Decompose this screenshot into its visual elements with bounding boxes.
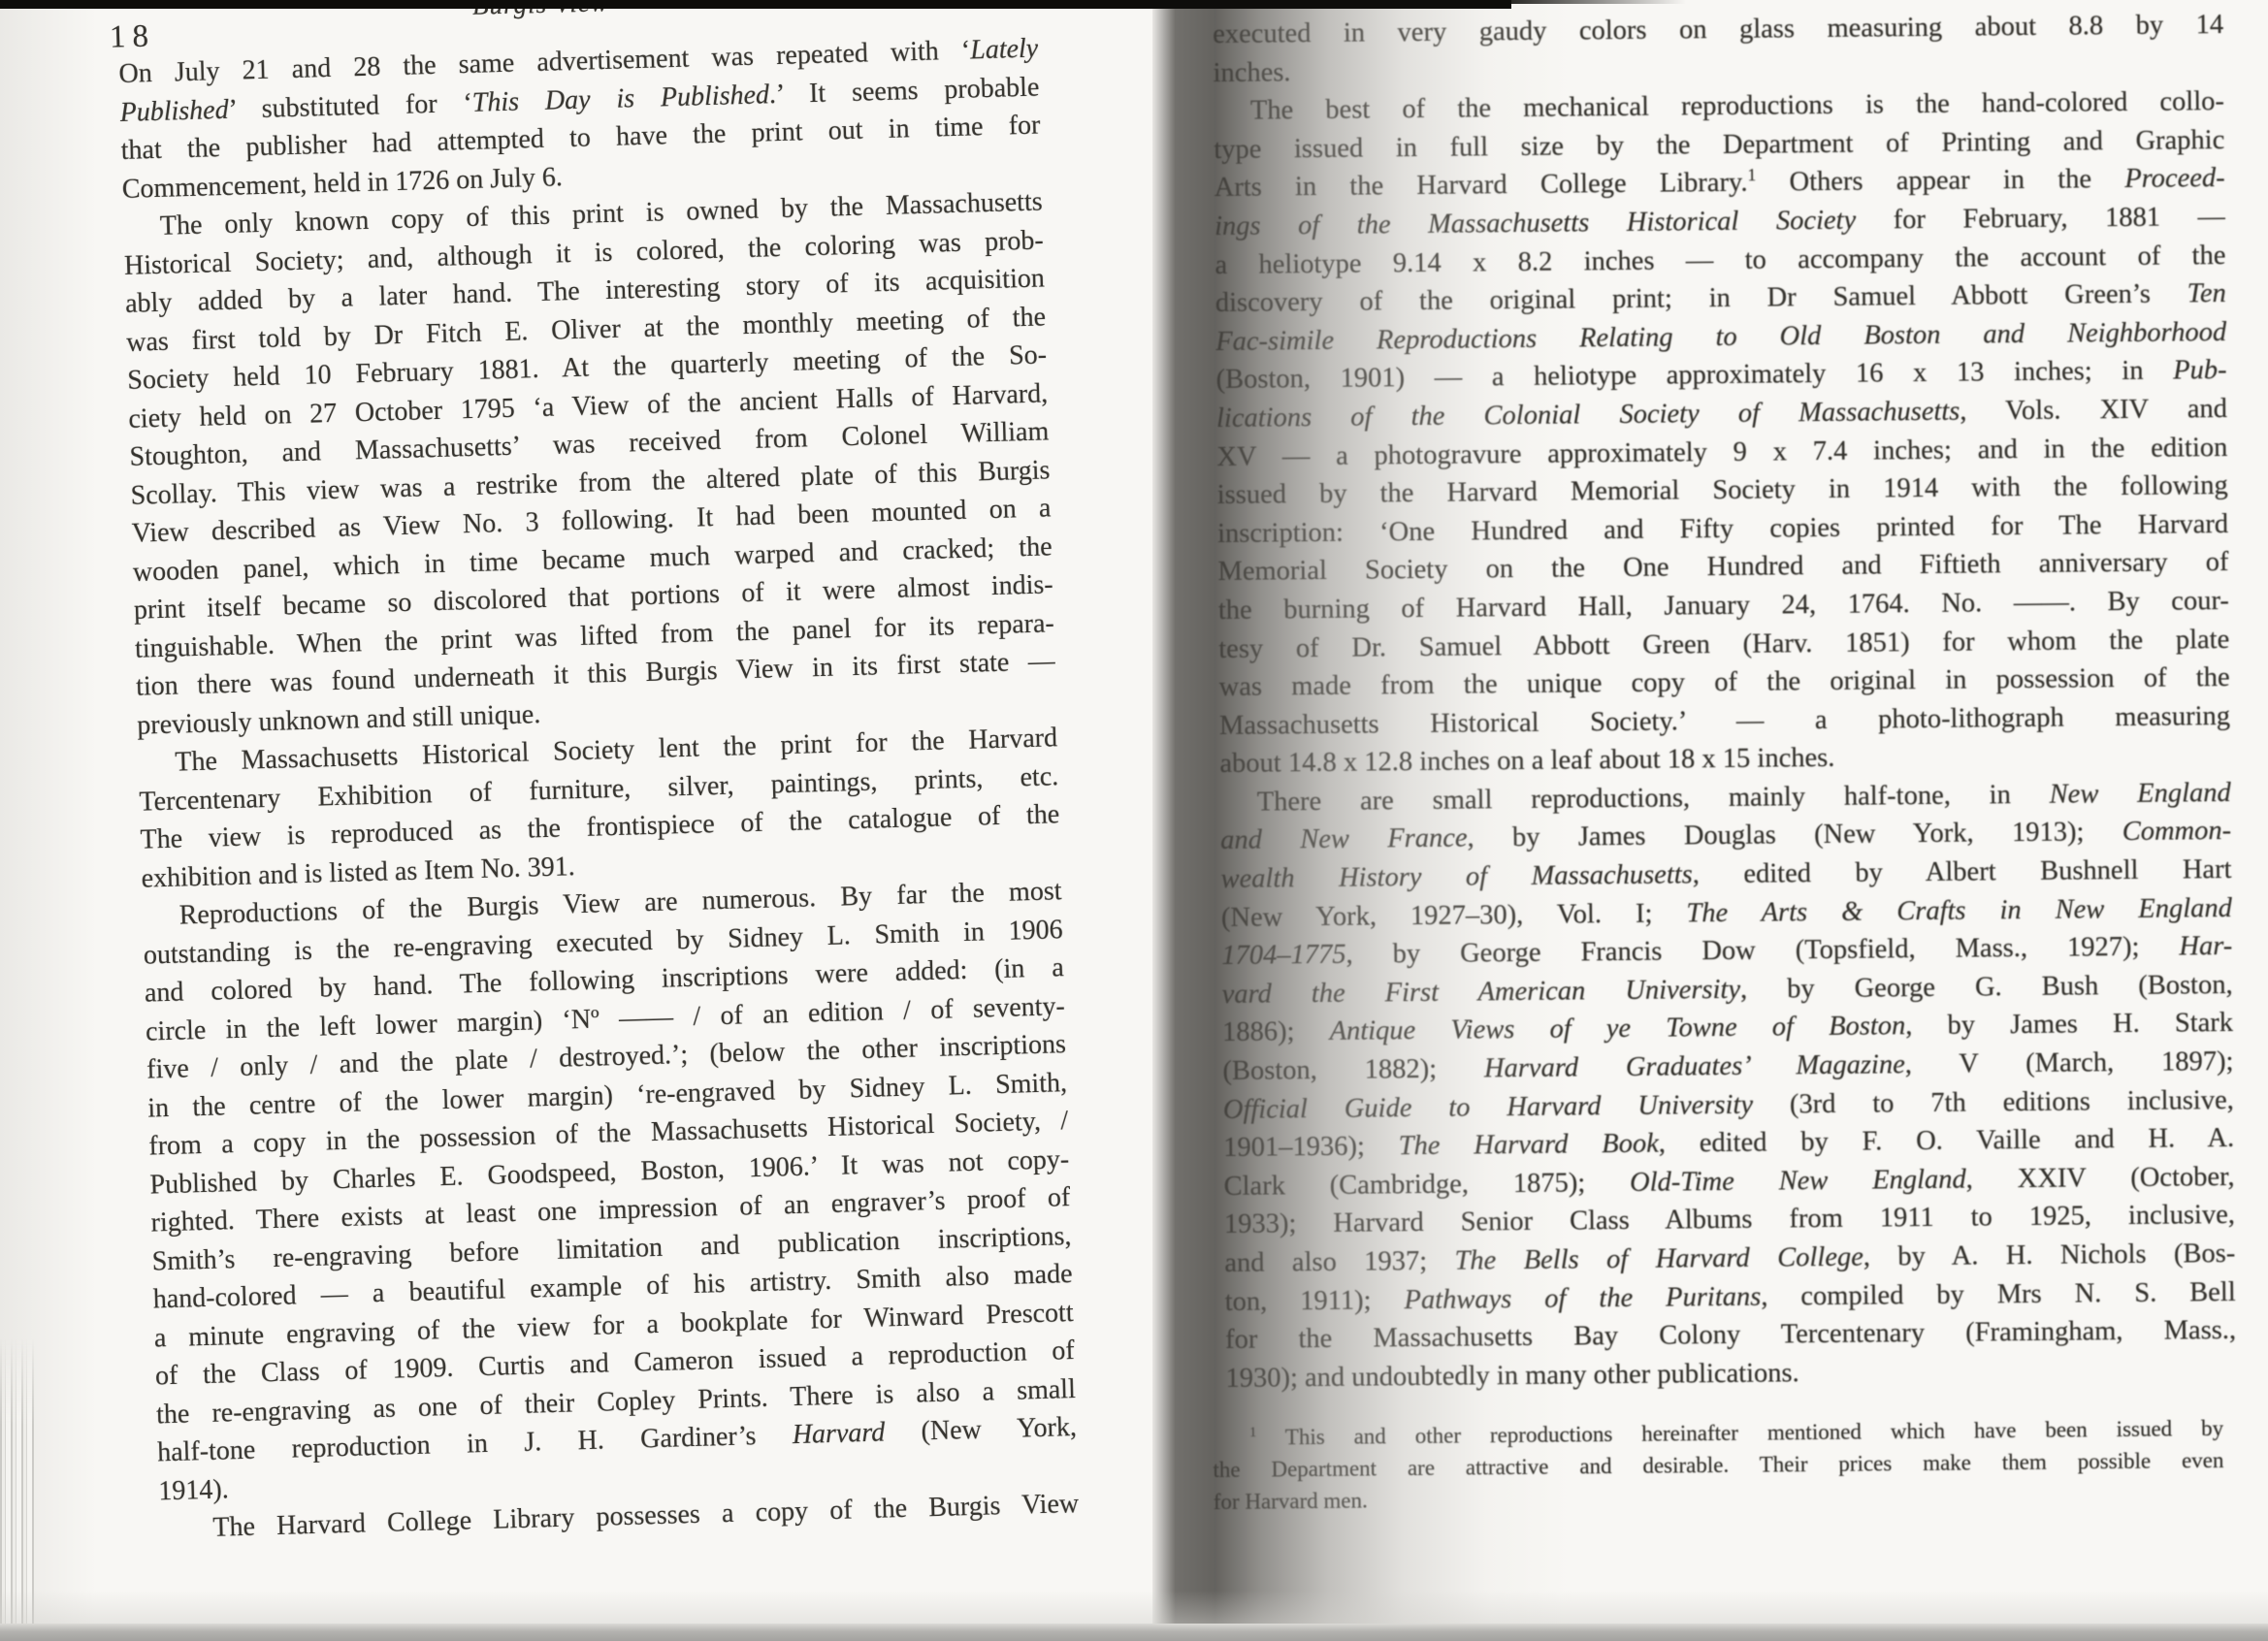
text-segment: , compiled by Mrs N. S. Bell <box>1761 1277 2236 1312</box>
bottom-scan-edge <box>0 1624 2268 1641</box>
italic-text-segment: Antique Views of ye Towne of Boston <box>1329 1012 1905 1047</box>
text-segment: This and other reproductions hereinafter… <box>1256 1416 2223 1450</box>
text-segment: was made from the unique copy of the ori… <box>1218 662 2229 702</box>
text-segment: , by James H. Stark <box>1905 1008 2233 1041</box>
bottom-edge-fade <box>0 1591 2268 1624</box>
text-segment: The best of the mechanical reproductions… <box>1250 86 2224 126</box>
text-segment: for Harvard men. <box>1214 1488 1368 1514</box>
italic-text-segment: Lately <box>970 34 1039 66</box>
italic-text-segment: The Bells of Harvard College <box>1454 1242 1863 1276</box>
text-segment: discovery of the original print; in Dr S… <box>1215 279 2187 319</box>
text-segment: ton, 1911); <box>1225 1285 1405 1317</box>
right-text-block: executed in very gaudy colors on glass m… <box>1213 6 2237 1398</box>
text-segment: for the Massachusetts Bay Colony Tercent… <box>1225 1315 2236 1355</box>
text-segment: There are small reproductions, mainly ha… <box>1257 780 2050 818</box>
text-segment: Massachusetts Historical Society.’ — a p… <box>1219 701 2230 741</box>
page-stack-edge <box>0 1338 35 1625</box>
text-segment: for February, 1881 — <box>1856 202 2225 236</box>
italic-text-segment: Old-Time New England <box>1630 1164 1966 1197</box>
italic-text-segment: The Harvard Book <box>1399 1129 1659 1162</box>
text-segment: , edited by Albert Bushnell Hart <box>1693 854 2232 889</box>
text-segment: (New York, <box>885 1412 1078 1448</box>
text-segment: , edited by F. O. Vaille and H. A. <box>1659 1123 2235 1159</box>
text-segment: , V (March, 1897); <box>1905 1046 2234 1079</box>
top-edge-strip-fade <box>1511 0 1686 4</box>
italic-text-segment: ings of the Massachusetts Historical Soc… <box>1215 206 1856 241</box>
text-segment: (Boston, 1901) — a heliotype approximate… <box>1215 356 2173 395</box>
text-segment: tesy of Dr. Samuel Abbott Green (Harv. 1… <box>1218 624 2229 663</box>
italic-text-segment: Fac-simile Reproductions Relating to Old… <box>1215 317 2226 357</box>
italic-text-segment: vard the First American University <box>1222 975 1741 1010</box>
text-segment: Others appear in the <box>1756 164 2124 198</box>
text-segment: ’ substituted for ‘ <box>228 87 472 124</box>
running-head: Burgis View <box>472 0 609 21</box>
text-segment: 1914). <box>158 1474 229 1506</box>
italic-text-segment: Harvard <box>792 1417 885 1450</box>
italic-text-segment: 1704–1775 <box>1221 940 1346 971</box>
text-segment: inscription: ‘One Hundred and Fifty copi… <box>1217 509 2228 549</box>
text-segment: 1933); Harvard Senior Class Albums from … <box>1224 1200 2235 1239</box>
text-segment: .’ It seems probable <box>769 72 1040 110</box>
text-segment: inches. <box>1213 57 1290 88</box>
italic-text-segment: Harvard Graduates’ Magazine <box>1484 1049 1905 1083</box>
italic-text-segment: Proceed- <box>2124 163 2225 194</box>
text-segment: Arts in the Harvard College Library. <box>1215 168 1748 203</box>
text-segment: the burning of Harvard Hall, January 24,… <box>1218 586 2229 626</box>
text-segment: 1886); <box>1222 1016 1330 1047</box>
book-spread: 18 Burgis View On July 21 and 28 the sam… <box>0 0 2268 1641</box>
italic-text-segment: lications of the Colonial Society of Mas… <box>1216 397 1960 434</box>
italic-text-segment: Pathways of the Puritans <box>1404 1281 1761 1315</box>
italic-text-segment: This Day is Published <box>471 80 769 118</box>
text-segment: the Department are attractive and desira… <box>1213 1448 2223 1482</box>
italic-text-segment: Official Guide to Harvard University <box>1223 1089 1754 1124</box>
text-segment: XV — a photogravure approximately 9 x 7.… <box>1216 433 2227 472</box>
text-segment: type issued in full size by the Departme… <box>1214 125 2224 165</box>
footnote-block: 1 This and other reproductions hereinaft… <box>1213 1412 2224 1518</box>
italic-text-segment: Common- <box>2122 816 2232 847</box>
text-segment: , by George G. Bush (Boston, <box>1740 970 2233 1005</box>
text-segment: 1930); and undoubtedly in many other pub… <box>1225 1358 1799 1394</box>
page-number: 18 <box>109 18 155 55</box>
text-segment: , Vols. XIV and <box>1960 394 2227 427</box>
italic-text-segment: Published <box>119 94 229 127</box>
text-segment: , by A. H. Nichols (Bos- <box>1863 1239 2236 1272</box>
top-edge-strip <box>0 0 1511 9</box>
text-segment: (3rd to 7th editions inclusive, <box>1753 1085 2234 1120</box>
text-segment: a heliotype 9.14 x 8.2 inches — to accom… <box>1215 241 2225 280</box>
left-page-vignette <box>0 0 97 1625</box>
left-text-block: On July 21 and 28 the same advertisement… <box>118 30 1080 1549</box>
text-segment: , XXIV (October, <box>1966 1162 2235 1195</box>
footnote-reference: 1 <box>1747 166 1756 185</box>
italic-text-segment: Har- <box>2179 931 2232 962</box>
text-segment: and also 1937; <box>1224 1246 1454 1278</box>
text-segment: (Boston, 1882); <box>1222 1053 1484 1086</box>
text-segment: Memorial Society on the One Hundred and … <box>1217 547 2228 587</box>
text-segment: executed in very gaudy colors on glass m… <box>1213 10 2223 49</box>
italic-text-segment: Ten <box>2187 278 2226 308</box>
italic-text-segment: New England <box>2050 778 2231 810</box>
text-segment: issued by the Harvard Memorial Society i… <box>1217 470 2228 510</box>
text-segment: about 14.8 x 12.8 inches on a leaf about… <box>1219 743 1834 779</box>
text-segment: (New York, 1927–30), Vol. I; <box>1221 898 1687 933</box>
italic-text-segment: Pub- <box>2173 355 2227 386</box>
text-segment: 1901–1936); <box>1223 1131 1399 1163</box>
italic-text-segment: wealth History of Massachusetts <box>1220 859 1693 894</box>
text-segment: , by George Francis Dow (Topsfield, Mass… <box>1345 932 2179 970</box>
italic-text-segment: and New France <box>1220 823 1468 855</box>
text-segment: Clark (Cambridge, 1875); <box>1223 1168 1630 1202</box>
italic-text-segment: The Arts & Crafts in New England <box>1686 893 2232 928</box>
text-segment: , by James Douglas (New York, 1913); <box>1467 818 2122 853</box>
